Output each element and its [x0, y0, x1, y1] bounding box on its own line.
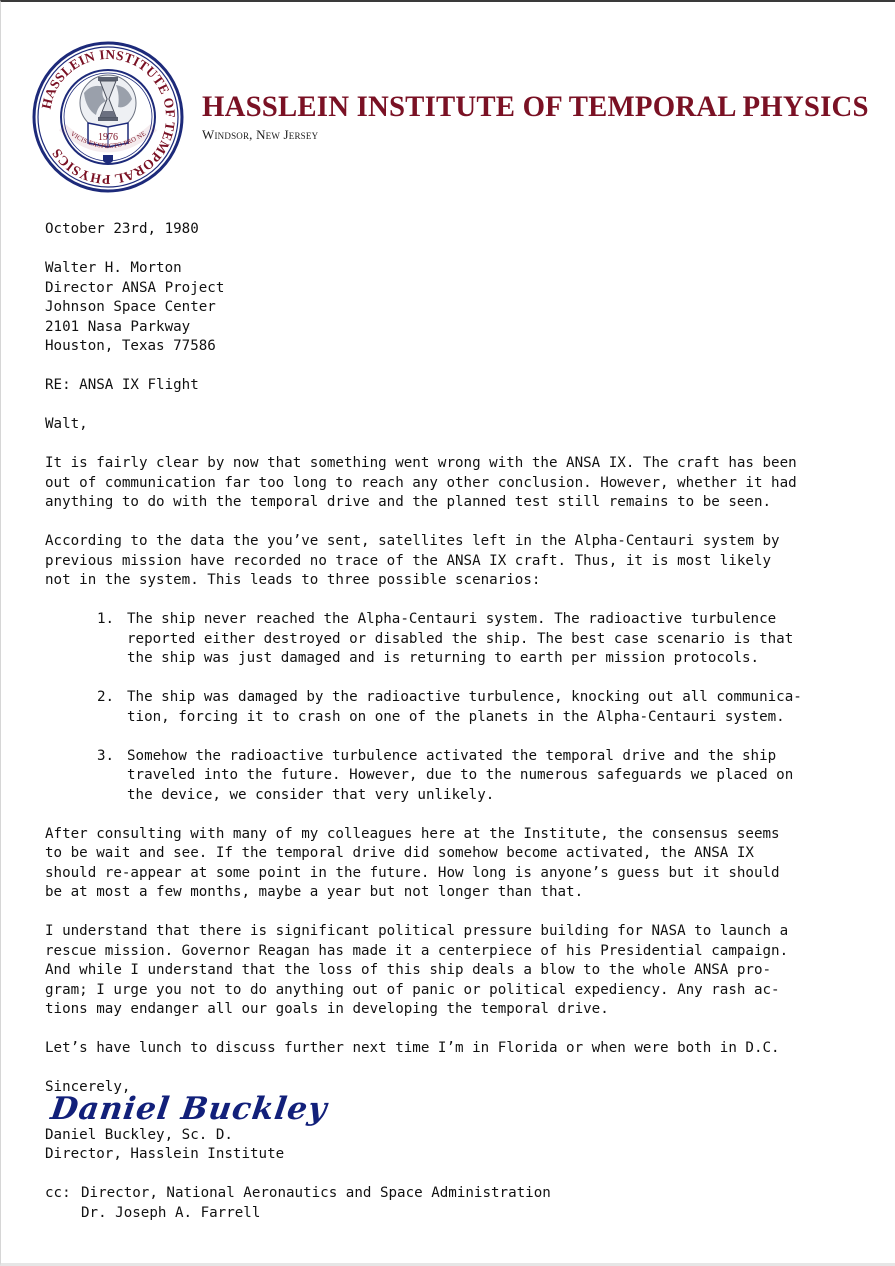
- paragraph: According to the data the you’ve sent, s…: [45, 532, 865, 591]
- recipient-line: Johnson Space Center: [45, 298, 865, 318]
- institute-seal-logo: HASSLEIN INSTITUTE OF TEMPORAL PHYSICS 1…: [32, 41, 184, 193]
- scenario-item: 2. The ship was damaged by the radioacti…: [97, 688, 865, 727]
- salutation: Walt,: [45, 415, 865, 435]
- cc-recipient: Director, National Aeronautics and Space…: [81, 1184, 551, 1204]
- org-name: HASSLEIN INSTITUTE OF TEMPORAL PHYSICS: [202, 90, 869, 124]
- paragraph: After consulting with many of my colleag…: [45, 825, 865, 903]
- signer-title: Director, Hasslein Institute: [45, 1145, 865, 1165]
- recipient-line: 2101 Nasa Parkway: [45, 318, 865, 338]
- signer-name: Daniel Buckley, Sc. D.: [45, 1126, 865, 1146]
- org-location: Windsor, New Jersey: [202, 127, 895, 143]
- scenario-item: 3. Somehow the radioactive turbulence ac…: [97, 747, 865, 806]
- recipient-address: Walter H. Morton Director ANSA Project J…: [45, 259, 865, 357]
- paragraph: It is fairly clear by now that something…: [45, 454, 865, 513]
- recipient-line: Director ANSA Project: [45, 279, 865, 299]
- seal-year: 1976: [98, 132, 118, 143]
- subject-line: RE: ANSA IX Flight: [45, 376, 865, 396]
- scenario-text: The ship never reached the Alpha-Centaur…: [127, 610, 793, 669]
- letterhead: HASSLEIN INSTITUTE OF TEMPORAL PHYSICS W…: [202, 90, 895, 143]
- letter-body: October 23rd, 1980 Walter H. Morton Dire…: [45, 220, 865, 1223]
- scenario-list: 1. The ship never reached the Alpha-Cent…: [45, 610, 865, 805]
- letter-date: October 23rd, 1980: [45, 220, 865, 240]
- scenario-number: 3.: [97, 747, 127, 806]
- paragraph: Let’s have lunch to discuss further next…: [45, 1039, 865, 1059]
- paragraph: I understand that there is significant p…: [45, 922, 865, 1020]
- cc-recipient: Dr. Joseph A. Farrell: [81, 1204, 551, 1224]
- handwritten-signature: Daniel Buckley: [49, 1092, 868, 1126]
- recipient-line: Walter H. Morton: [45, 259, 865, 279]
- scenario-item: 1. The ship never reached the Alpha-Cent…: [97, 610, 865, 669]
- recipient-line: Houston, Texas 77586: [45, 337, 865, 357]
- scenario-text: Somehow the radioactive turbulence activ…: [127, 747, 793, 806]
- scenario-number: 2.: [97, 688, 127, 727]
- cc-block: cc: Director, National Aeronautics and S…: [45, 1184, 865, 1223]
- scenario-text: The ship was damaged by the radioactive …: [127, 688, 802, 727]
- cc-label: cc:: [45, 1184, 81, 1223]
- scenario-number: 1.: [97, 610, 127, 669]
